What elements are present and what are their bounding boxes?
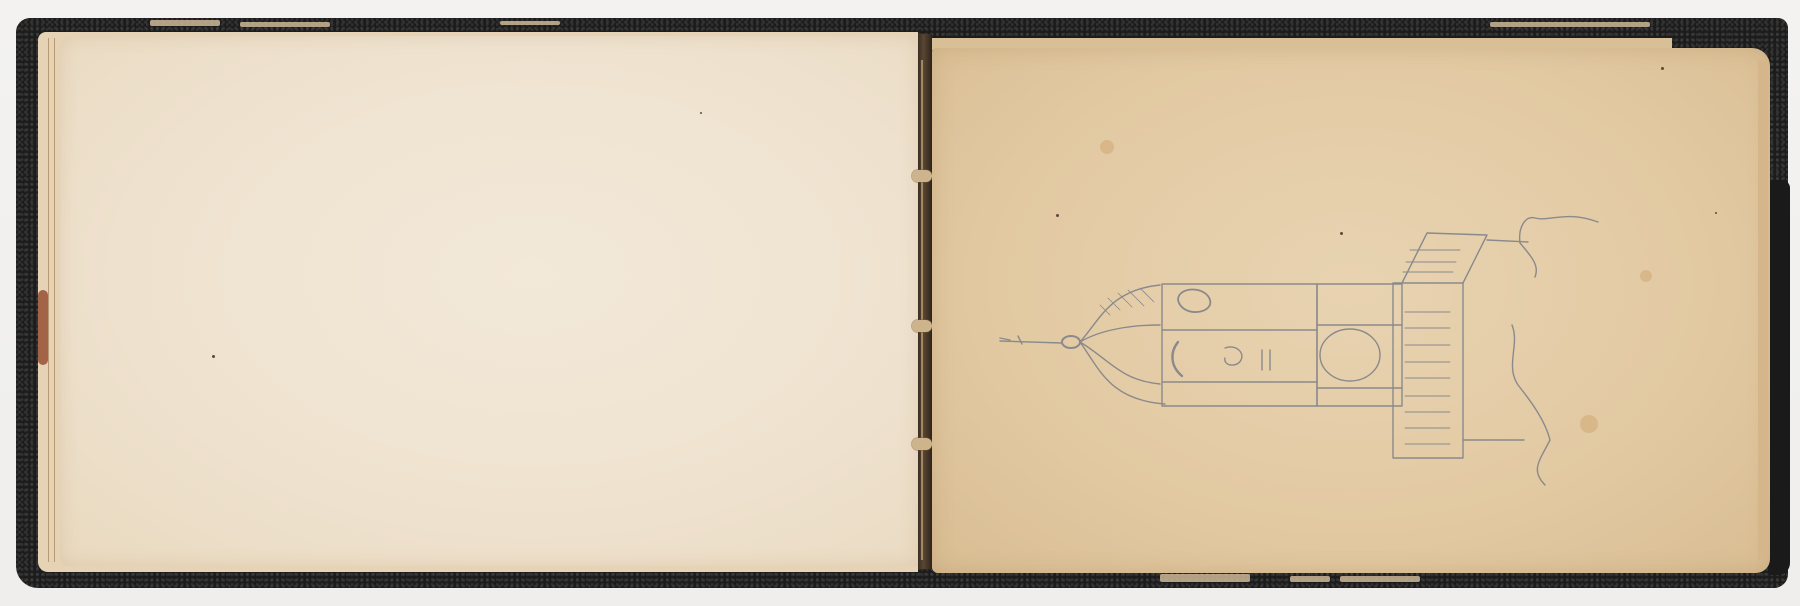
- dome-hatching: [1100, 288, 1154, 315]
- keyhole-ornament: [1225, 347, 1242, 365]
- wavy-outline: [1512, 325, 1550, 485]
- tower-top-tier: [1393, 283, 1463, 458]
- flag: [1520, 217, 1598, 243]
- tower-tier-1: [1162, 284, 1317, 406]
- clock-face: [1320, 329, 1380, 381]
- tower-sketch: [0, 0, 1800, 606]
- roof-line: [1487, 240, 1528, 242]
- ornament-oval: [1178, 290, 1210, 313]
- flag-lower: [1520, 243, 1536, 277]
- dome-lower-curve: [1080, 342, 1160, 384]
- spire-tip: [1000, 336, 1022, 344]
- spire-rod: [1000, 341, 1062, 343]
- step-lines: [1405, 312, 1450, 444]
- roof-slant: [1402, 233, 1487, 283]
- finial-knob: [1062, 336, 1080, 348]
- sketchbook-photo: [0, 0, 1800, 606]
- dome-top-curve: [1080, 285, 1160, 342]
- arch-ornament: [1172, 342, 1182, 376]
- small-pillars: [1262, 350, 1270, 370]
